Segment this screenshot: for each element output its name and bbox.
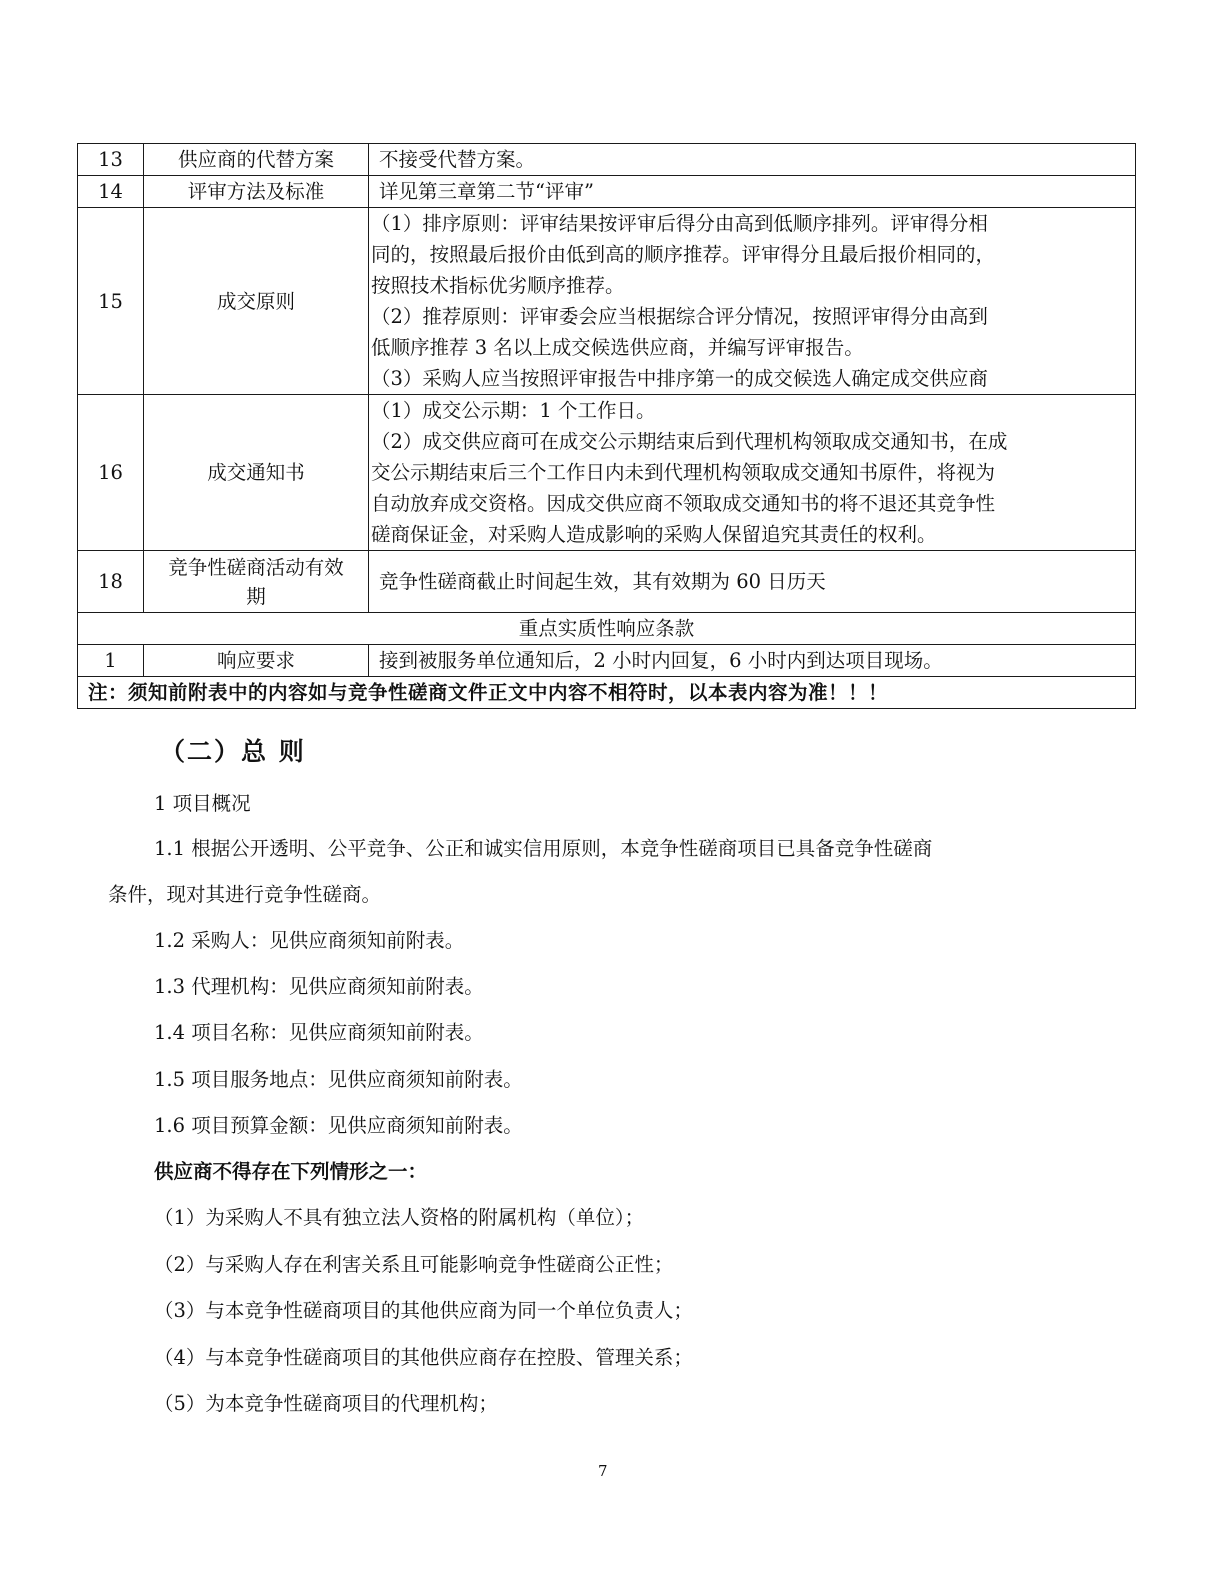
row-number: 16 <box>78 395 144 551</box>
table-row: 16 成交通知书 （1）成交公示期：1 个工作日。 （2）成交供应商可在成交公示… <box>78 395 1136 551</box>
content-line: （2）成交供应商可在成交公示期结束后到代理机构领取成交通知书，在成 <box>371 426 1133 457</box>
item-1-6: 1.6 项目预算金额：见供应商须知前附表。 <box>154 1110 523 1138</box>
content-line: （1）成交公示期：1 个工作日。 <box>371 395 1133 426</box>
page-number: 7 <box>598 1462 608 1480</box>
exclusion-item: （2）与采购人存在利害关系且可能影响竞争性磋商公正性； <box>154 1249 673 1277</box>
row-content: 不接受代替方案。 <box>369 144 1136 176</box>
content-line: 低顺序推荐 3 名以上成交候选供应商，并编写评审报告。 <box>371 332 1133 363</box>
item-1-2: 1.2 采购人：见供应商须知前附表。 <box>154 925 464 953</box>
exclusion-item: （1）为采购人不具有独立法人资格的附属机构（单位）； <box>154 1202 644 1230</box>
content-line: 磋商保证金，对采购人造成影响的采购人保留追究其责任的权利。 <box>371 519 1133 550</box>
exclusion-item: （4）与本竞争性磋商项目的其他供应商存在控股、管理关系； <box>154 1342 693 1370</box>
item-1-5: 1.5 项目服务地点：见供应商须知前附表。 <box>154 1064 523 1092</box>
content-line: 同的，按照最后报价由低到高的顺序推荐。评审得分且最后报价相同的， <box>371 239 1133 270</box>
exclusion-item: （5）为本竞争性磋商项目的代理机构； <box>154 1388 498 1416</box>
content-line: （2）推荐原则：评审委会应当根据综合评分情况，按照评审得分由高到 <box>371 301 1133 332</box>
content-line: 竞争性磋商截止时间起生效，其有效期为 60 日历天 <box>371 566 1133 597</box>
row-item-name: 供应商的代替方案 <box>144 144 369 176</box>
table-row: 1 响应要求 接到被服务单位通知后，2 小时内回复，6 小时内到达项目现场。 <box>78 645 1136 677</box>
exclusion-item: （3）与本竞争性磋商项目的其他供应商为同一个单位负责人； <box>154 1295 693 1323</box>
row-item-name: 响应要求 <box>144 645 369 677</box>
table-row: 14 评审方法及标准 详见第三章第二节“评审” <box>78 176 1136 208</box>
table-row: 18 竞争性磋商活动有效 期 竞争性磋商截止时间起生效，其有效期为 60 日历天 <box>78 551 1136 613</box>
row-item-name: 竞争性磋商活动有效 期 <box>144 551 369 613</box>
row-item-name: 评审方法及标准 <box>144 176 369 208</box>
content-line: （3）采购人应当按照评审报告中排序第一的成交候选人确定成交供应商 <box>371 363 1133 394</box>
table-row: 15 成交原则 （1）排序原则：评审结果按评审后得分由高到低顺序排列。评审得分相… <box>78 208 1136 395</box>
row-item-name: 成交通知书 <box>144 395 369 551</box>
row-number: 18 <box>78 551 144 613</box>
item-1-title: 1 项目概况 <box>154 788 251 816</box>
content-line: 不接受代替方案。 <box>371 144 1133 175</box>
table-row: 13 供应商的代替方案 不接受代替方案。 <box>78 144 1136 176</box>
name-line: 期 <box>144 582 368 611</box>
section-title: 重点实质性响应条款 <box>78 613 1136 645</box>
content-line: 详见第三章第二节“评审” <box>371 176 1133 207</box>
supplier-notice-table: 13 供应商的代替方案 不接受代替方案。 14 评审方法及标准 详见第三章第二节… <box>77 143 1136 709</box>
document-page: 13 供应商的代替方案 不接受代替方案。 14 评审方法及标准 详见第三章第二节… <box>0 0 1224 1584</box>
row-item-name: 成交原则 <box>144 208 369 395</box>
content-line: 按照技术指标优劣顺序推荐。 <box>371 270 1133 301</box>
row-number: 13 <box>78 144 144 176</box>
content-line: 接到被服务单位通知后，2 小时内回复，6 小时内到达项目现场。 <box>371 645 1133 676</box>
item-1-1-line2: 条件，现对其进行竞争性磋商。 <box>108 879 381 907</box>
content-line: 自动放弃成交资格。因成交供应商不领取成交通知书的将不退还其竞争性 <box>371 488 1133 519</box>
row-content: 接到被服务单位通知后，2 小时内回复，6 小时内到达项目现场。 <box>369 645 1136 677</box>
item-1-4: 1.4 项目名称：见供应商须知前附表。 <box>154 1017 484 1045</box>
row-content: （1）成交公示期：1 个工作日。 （2）成交供应商可在成交公示期结束后到代理机构… <box>369 395 1136 551</box>
section-header-row: 重点实质性响应条款 <box>78 613 1136 645</box>
section-heading: （二）总 则 <box>160 732 306 768</box>
name-line: 竞争性磋商活动有效 <box>144 553 368 582</box>
note-row: 注：须知前附表中的内容如与竞争性磋商文件正文中内容不相符时，以本表内容为准！！！ <box>78 677 1136 709</box>
row-number: 1 <box>78 645 144 677</box>
row-number: 15 <box>78 208 144 395</box>
row-content: 详见第三章第二节“评审” <box>369 176 1136 208</box>
exclusions-title: 供应商不得存在下列情形之一： <box>154 1156 427 1184</box>
content-line: （1）排序原则：评审结果按评审后得分由高到低顺序排列。评审得分相 <box>371 208 1133 239</box>
row-number: 14 <box>78 176 144 208</box>
table-note: 注：须知前附表中的内容如与竞争性磋商文件正文中内容不相符时，以本表内容为准！！！ <box>78 677 1136 709</box>
content-line: 交公示期结束后三个工作日内未到代理机构领取成交通知书原件，将视为 <box>371 457 1133 488</box>
row-content: （1）排序原则：评审结果按评审后得分由高到低顺序排列。评审得分相 同的，按照最后… <box>369 208 1136 395</box>
item-1-1-line1: 1.1 根据公开透明、公平竞争、公正和诚实信用原则，本竞争性磋商项目已具备竞争性… <box>154 833 932 861</box>
row-content: 竞争性磋商截止时间起生效，其有效期为 60 日历天 <box>369 551 1136 613</box>
item-1-3: 1.3 代理机构：见供应商须知前附表。 <box>154 971 484 999</box>
